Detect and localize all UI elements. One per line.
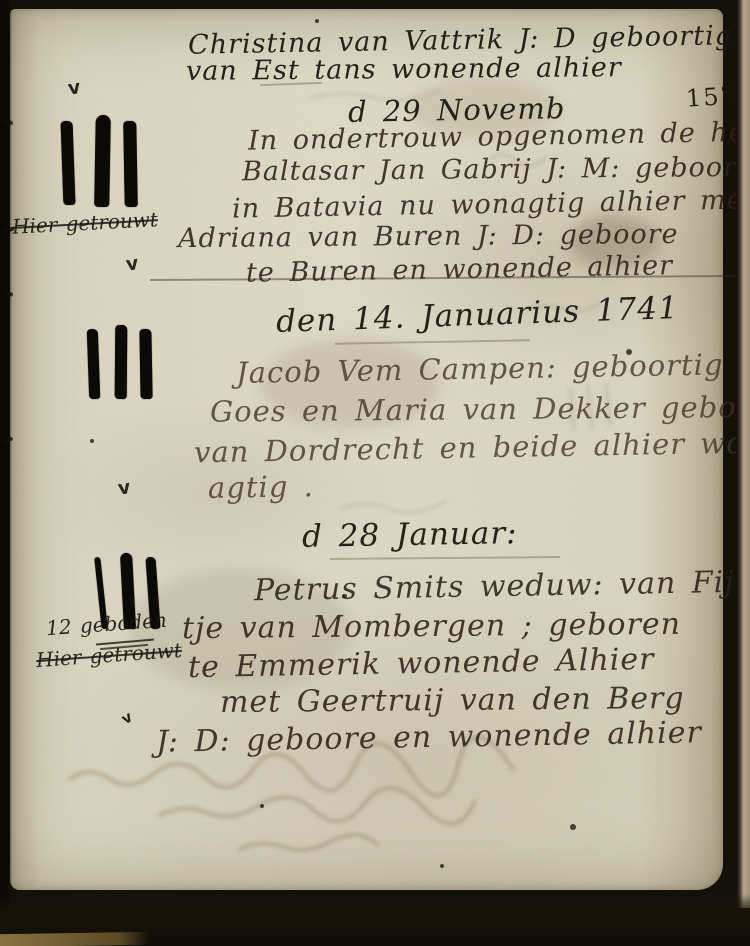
ink-speck bbox=[626, 349, 632, 355]
record-3-line-4: met Geertruij van den Berg bbox=[220, 681, 685, 720]
book-cover: Christina van Vattrik J: D geboortig van… bbox=[0, 0, 750, 946]
book-gutter-edge bbox=[0, 0, 12, 946]
book-board-sliver bbox=[0, 932, 150, 946]
tally-stroke bbox=[115, 325, 128, 399]
tally-stroke bbox=[123, 121, 137, 207]
tally-marks-record-1 bbox=[62, 121, 137, 207]
tally-stroke bbox=[61, 121, 76, 205]
date-underline bbox=[330, 556, 560, 560]
record-3-line-3: te Emmerik wonende Alhier bbox=[188, 642, 655, 685]
ink-speck bbox=[260, 804, 264, 808]
record-3-line-5: J: D: geboore en wonende alhier bbox=[156, 715, 702, 760]
record-1-line-4: Adriana van Buren J: D: geboore bbox=[178, 219, 679, 254]
record-3-date-heading: d 28 Januar: bbox=[302, 515, 518, 555]
record-2-line-3: van Dordrecht en beide alhier woon= bbox=[194, 425, 750, 470]
ink-speck bbox=[90, 439, 94, 443]
ink-speck bbox=[440, 864, 444, 868]
margin-note-married-here-1: Hier getrouwt bbox=[11, 207, 158, 239]
record-3-line-1: Petrus Smits weduw: van Fijt bbox=[254, 565, 748, 609]
record-2-line-2: Goes en Maria van Dekker geboortig bbox=[210, 389, 750, 428]
ink-speck bbox=[315, 19, 319, 23]
register-page: Christina van Vattrik J: D geboortig van… bbox=[10, 9, 723, 890]
checkmark-icon: v bbox=[67, 76, 82, 100]
page-number: 157 bbox=[685, 81, 739, 113]
ink-speck bbox=[570, 824, 576, 830]
record-2-line-4: agtig . bbox=[208, 469, 314, 505]
record-1-line-1: In ondertrouw opgenomen de heer bbox=[248, 116, 750, 156]
tally-stroke bbox=[139, 329, 152, 399]
tally-stroke bbox=[87, 329, 100, 399]
next-page-edge bbox=[736, 0, 750, 908]
tally-marks-record-2 bbox=[88, 329, 152, 399]
record-1-line-2: Baltasar Jan Gabrij J: M: geboortig bbox=[242, 152, 750, 188]
entry-continuation-line-2: van Est tans wonende alhier bbox=[186, 52, 622, 87]
checkmark-icon: v bbox=[118, 708, 135, 728]
ink-speck bbox=[343, 594, 347, 598]
record-2-date-heading: den 14. Januarius 1741 bbox=[275, 290, 679, 340]
tally-stroke bbox=[94, 115, 111, 207]
checkmark-icon: v bbox=[125, 252, 140, 276]
record-1-line-5: te Buren en wonende alhier bbox=[246, 250, 674, 288]
checkmark-icon: v bbox=[117, 476, 132, 500]
record-3-line-2: tje van Mombergen ; geboren bbox=[182, 607, 681, 646]
